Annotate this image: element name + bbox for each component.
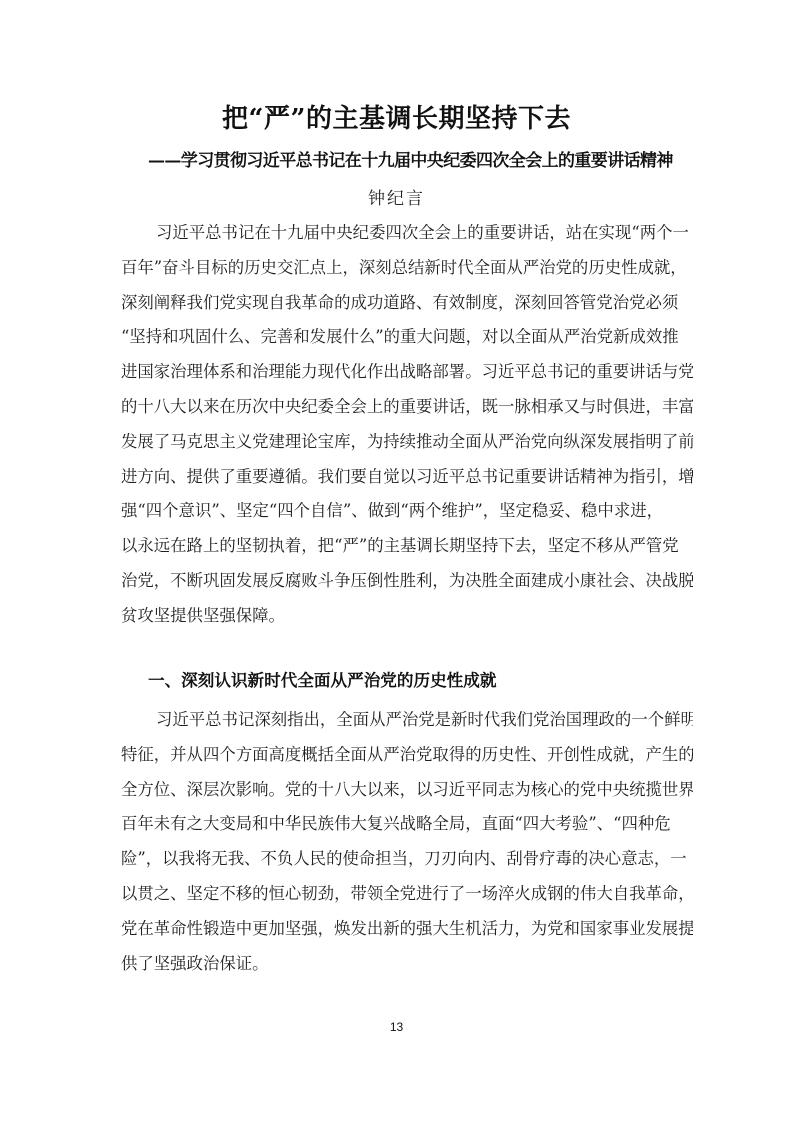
text-line: 进国家治理体系和治理能力现代化作出战略部署。习近平总书记的重要讲话与党 [121,355,693,390]
paragraph-intro: 习近平总书记在十九届中央纪委四次全会上的重要讲话，站在实现“两个一 百年”奋斗目… [121,216,693,634]
text-line: 以永远在路上的坚韧执着，把“严”的主基调长期坚持下去，坚定不移从严管党 [121,529,693,564]
text-line: 的十八大以来在历次中央纪委全会上的重要讲话，既一脉相承又与时俱进，丰富 [121,390,693,425]
document-page: 把“严”的主基调长期坚持下去 ——学习贯彻习近平总书记在十九届中央纪委四次全会上… [0,0,793,1122]
text-line: 供了坚强政治保证。 [121,947,693,982]
article-title: 把“严”的主基调长期坚持下去 [0,98,793,135]
text-line: 特征，并从四个方面高度概括全面从严治党取得的历史性、开创性成就，产生的 [121,738,693,773]
article-author: 钟纪言 [0,184,793,209]
text-line: 险”，以我将无我、不负人民的使命担当，刀刃向内、刮骨疗毒的决心意志，一 [121,842,693,877]
text-line: 深刻阐释我们党实现自我革命的成功道路、有效制度，深刻回答管党治党必须 [121,286,693,321]
text-line: “坚持和巩固什么、完善和发展什么”的重大问题，对以全面从严治党新成效推 [121,320,693,355]
paragraph-section-one: 习近平总书记深刻指出，全面从严治党是新时代我们党治国理政的一个鲜明 特征，并从四… [121,703,693,981]
text-line: 百年”奋斗目标的历史交汇点上，深刻总结新时代全面从严治党的历史性成就， [121,251,693,286]
article-subtitle: ——学习贯彻习近平总书记在十九届中央纪委四次全会上的重要讲话精神 [148,146,708,171]
text-line: 贫攻坚提供坚强保障。 [121,599,693,634]
section-heading: 一、深刻认识新时代全面从严治党的历史性成就 [148,667,496,691]
text-line: 习近平总书记深刻指出，全面从严治党是新时代我们党治国理政的一个鲜明 [121,703,693,738]
text-line: 习近平总书记在十九届中央纪委四次全会上的重要讲话，站在实现“两个一 [121,216,693,251]
text-line: 治党，不断巩固发展反腐败斗争压倒性胜利，为决胜全面建成小康社会、决战脱 [121,564,693,599]
text-line: 强“四个意识”、坚定“四个自信”、做到“两个维护”，坚定稳妥、稳中求进， [121,494,693,529]
text-line: 全方位、深层次影响。党的十八大以来，以习近平同志为核心的党中央统揽世界 [121,773,693,808]
text-line: 以贯之、坚定不移的恒心韧劲，带领全党进行了一场淬火成钢的伟大自我革命， [121,877,693,912]
text-line: 百年未有之大变局和中华民族伟大复兴战略全局，直面“四大考验”、“四种危 [121,807,693,842]
text-line: 发展了马克思主义党建理论宝库，为持续推动全面从严治党向纵深发展指明了前 [121,425,693,460]
text-line: 进方向、提供了重要遵循。我们要自觉以习近平总书记重要讲话精神为指引，增 [121,460,693,495]
text-line: 党在革命性锻造中更加坚强，焕发出新的强大生机活力，为党和国家事业发展提 [121,912,693,947]
page-number: 13 [0,1020,793,1034]
